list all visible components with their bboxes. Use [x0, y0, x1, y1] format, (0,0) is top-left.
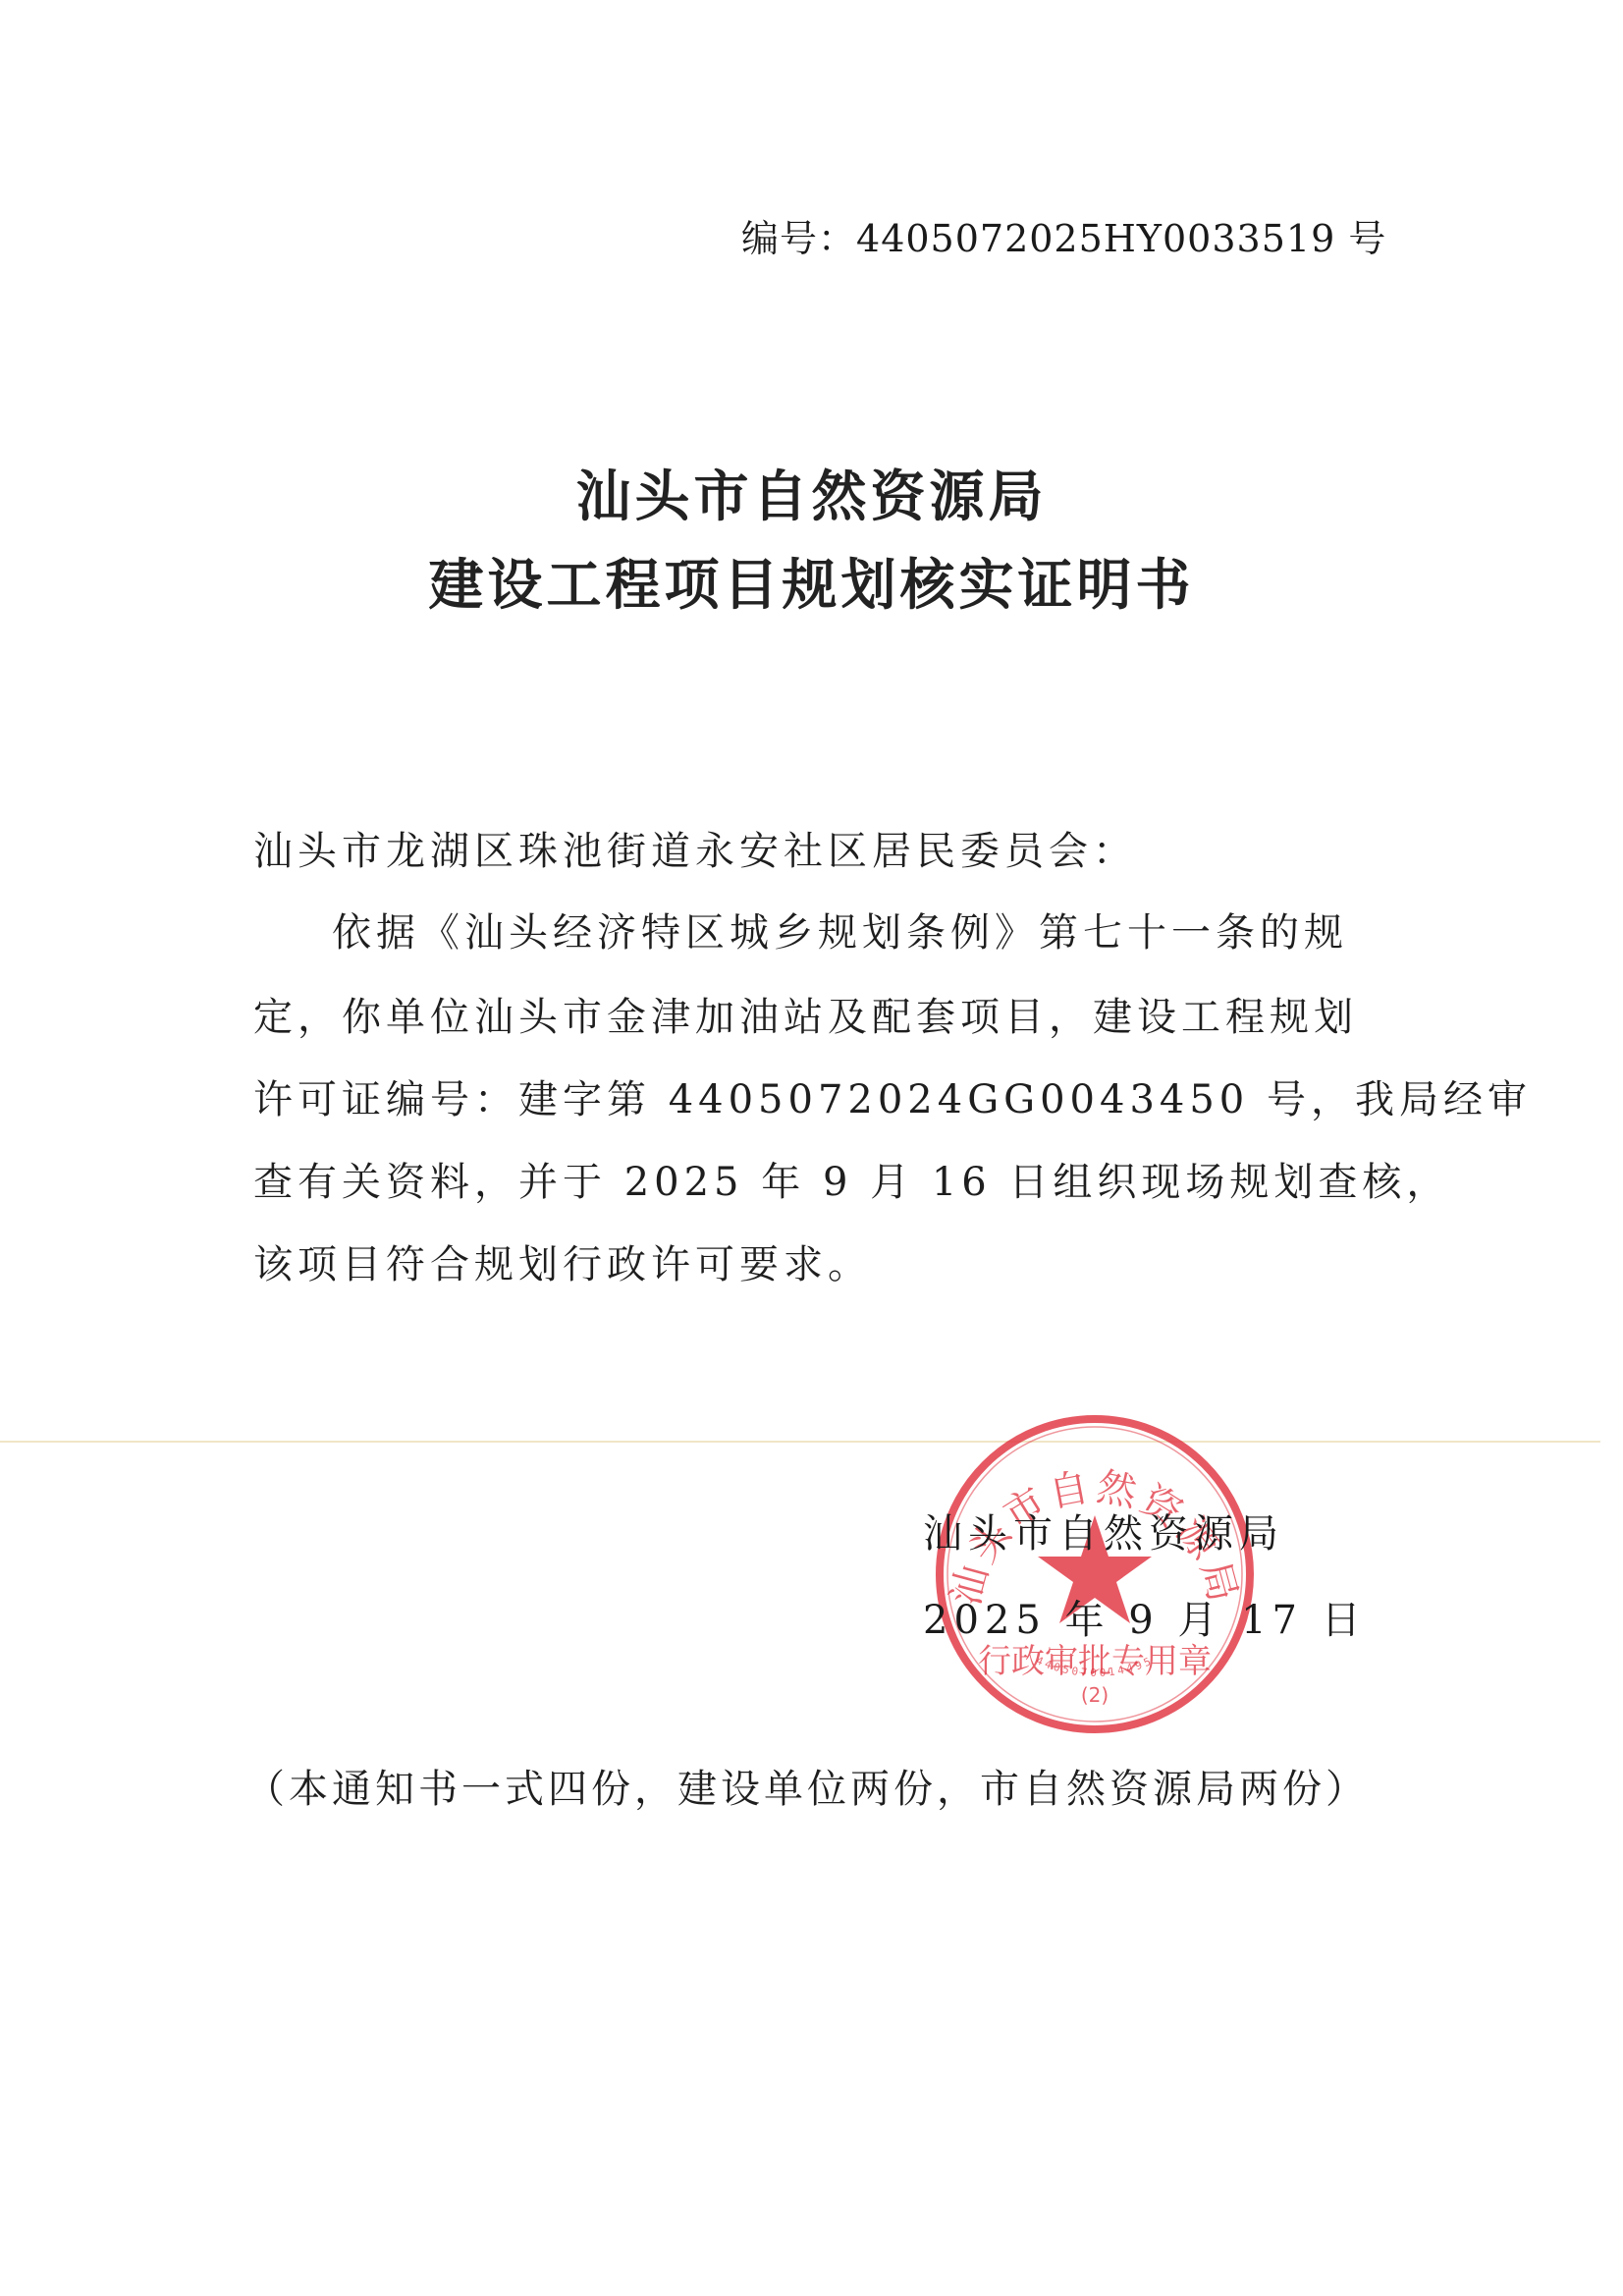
issuer-name: 汕头市自然资源局 — [923, 1503, 1284, 1558]
document-number-label: 编号： — [741, 217, 856, 260]
copies-footnote: （本通知书一式四份，建设单位两份，市自然资源局两份） — [245, 1758, 1369, 1814]
title-certificate: 建设工程项目规划核实证明书 — [0, 542, 1623, 621]
body-line-3: 许可证编号：建字第 4405072024GG0043450 号，我局经审 — [253, 1068, 1532, 1124]
official-seal-star-icon: 汕头市自然资源局 行政审批专用章 (2) 4405070014495 — [928, 1409, 1262, 1743]
svg-text:(2): (2) — [1081, 1683, 1109, 1707]
document-number-suffix: 号 — [1335, 217, 1386, 260]
title-authority: 汕头市自然资源局 — [0, 454, 1623, 532]
body-line-1: 依据《汕头经济特区城乡规划条例》第七十一条的规 — [332, 902, 1348, 957]
document-page: 编号：4405072025HY0033519 号 汕头市自然资源局 建设工程项目… — [0, 0, 1623, 2296]
document-number: 编号：4405072025HY0033519 号 — [741, 208, 1386, 262]
document-number-value: 4405072025HY0033519 — [856, 217, 1335, 260]
issue-date: 2025 年 9 月 17 日 — [923, 1589, 1367, 1645]
recipient-line: 汕头市龙湖区珠池街道永安社区居民委员会： — [253, 820, 1137, 876]
body-line-4: 查有关资料，并于 2025 年 9 月 16 日组织现场规划查核， — [253, 1151, 1450, 1207]
scan-fold-line — [0, 1441, 1600, 1443]
body-line-5: 该项目符合规划行政许可要求。 — [253, 1233, 872, 1289]
body-line-2: 定，你单位汕头市金津加油站及配套项目，建设工程规划 — [253, 986, 1358, 1042]
